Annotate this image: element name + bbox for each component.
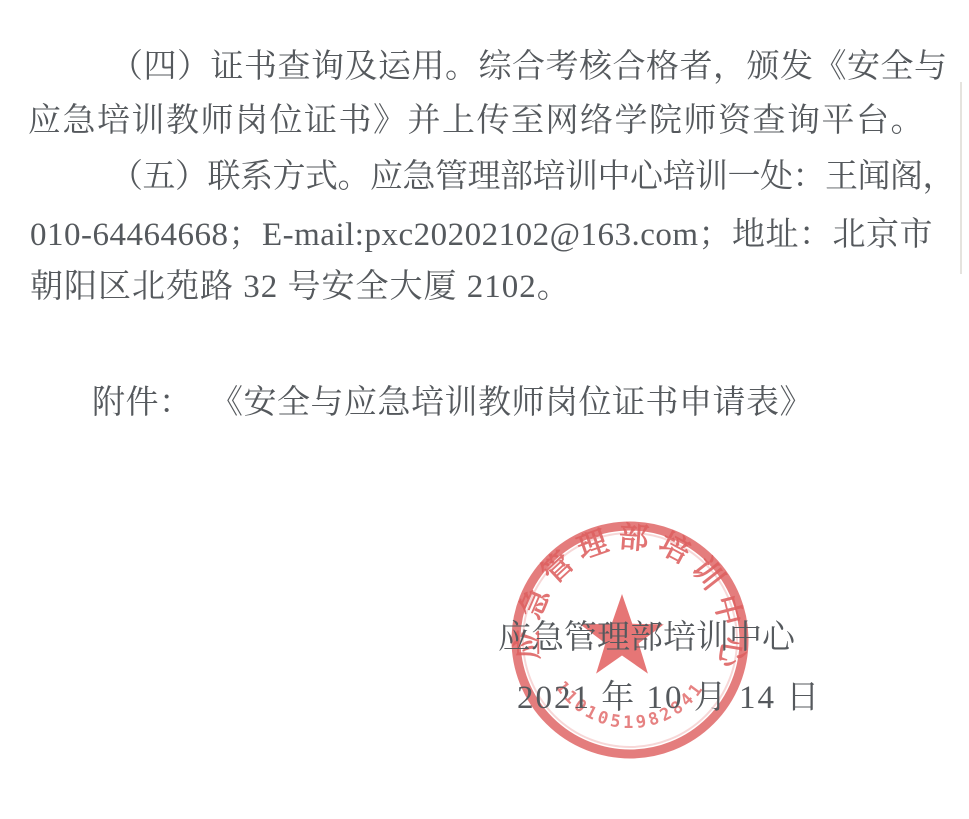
- body-line-3: （五）联系方式。应急管理部培训中心培训一处：王闻阁，: [110, 150, 955, 197]
- document-page: （四）证书查询及运用。综合考核合格者，颁发《安全与 应急培训教师岗位证书》并上传…: [0, 0, 969, 819]
- signature-org: 应急管理部培训中心: [498, 611, 795, 658]
- body-line-1: （四）证书查询及运用。综合考核合格者，颁发《安全与: [110, 40, 948, 87]
- attachment-title: 《安全与应急培训教师岗位证书申请表》: [227, 385, 814, 421]
- attachment-label: 附件：: [92, 385, 193, 421]
- body-line-2: 应急培训教师岗位证书》并上传至网络学院师资查询平台。: [28, 94, 925, 141]
- signature-date: 2021 年 10 月 14 日: [517, 671, 821, 718]
- attachment-line: 附件：《安全与应急培训教师岗位证书申请表》: [92, 376, 813, 423]
- body-line-5: 朝阳区北苑路 32 号安全大厦 2102。: [30, 260, 571, 307]
- body-line-4: 010-64464668；E-mail:pxc20202102@163.com；…: [30, 208, 933, 255]
- scan-artifact-line: [960, 82, 962, 274]
